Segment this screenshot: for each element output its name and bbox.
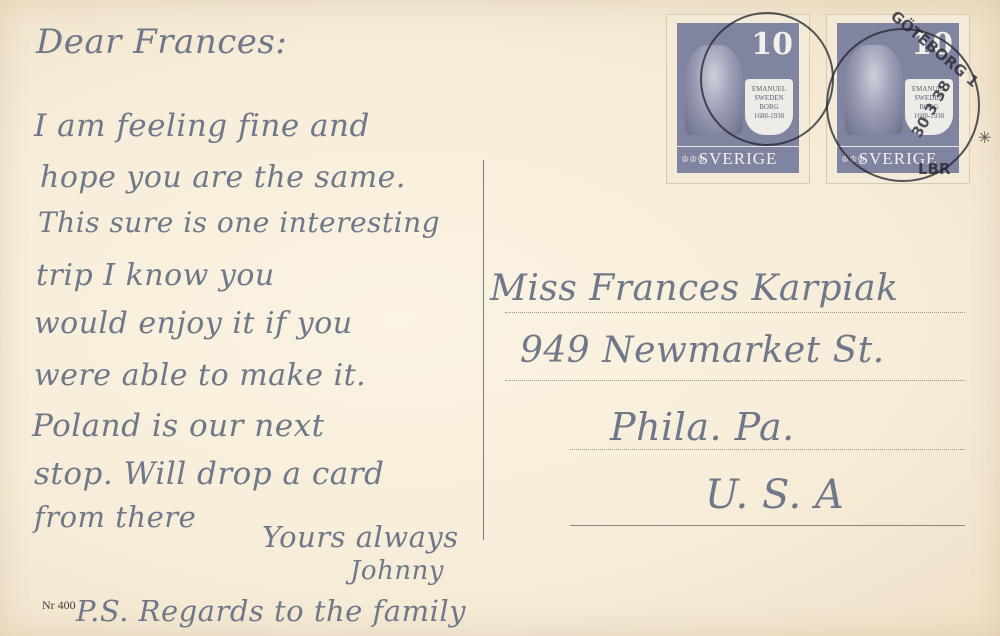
postmark-circle: [700, 12, 834, 146]
postcard-back: Dear Frances: I am feeling fine and hope…: [0, 0, 1000, 636]
salutation: Dear Frances:: [36, 22, 287, 62]
message-line: from there: [34, 500, 196, 534]
signature: Johnny: [350, 556, 444, 586]
message-line: trip I know you: [36, 258, 275, 293]
message-line: This sure is one interesting: [38, 206, 440, 239]
postmark-code: LBR: [918, 160, 951, 178]
address-line: Miss Frances Karpiak: [490, 268, 898, 309]
stamp-country: SVERIGE: [677, 146, 799, 169]
message-line: would enjoy it if you: [34, 306, 353, 341]
address-line: Phila. Pa.: [610, 405, 795, 449]
divider-line: [483, 160, 484, 540]
address-line: U. S. A: [705, 472, 844, 518]
message-line: Poland is our next: [32, 408, 325, 444]
address-line: 949 Newmarket St.: [520, 330, 885, 371]
message-line: stop. Will drop a card: [34, 456, 384, 492]
address-rule: [505, 312, 965, 313]
closing: Yours always: [262, 520, 459, 554]
postscript: P.S. Regards to the family: [76, 594, 466, 628]
message-line: hope you are the same.: [40, 160, 406, 195]
postmark-circle: [826, 28, 980, 182]
address-rule: [570, 525, 965, 526]
address-rule: [570, 449, 965, 450]
address-rule: [505, 380, 965, 381]
postmark-star-icon: ✳: [978, 128, 991, 147]
card-number: Nr 400: [42, 598, 76, 613]
message-line: I am feeling fine and: [34, 108, 370, 144]
message-line: were able to make it.: [34, 358, 366, 393]
